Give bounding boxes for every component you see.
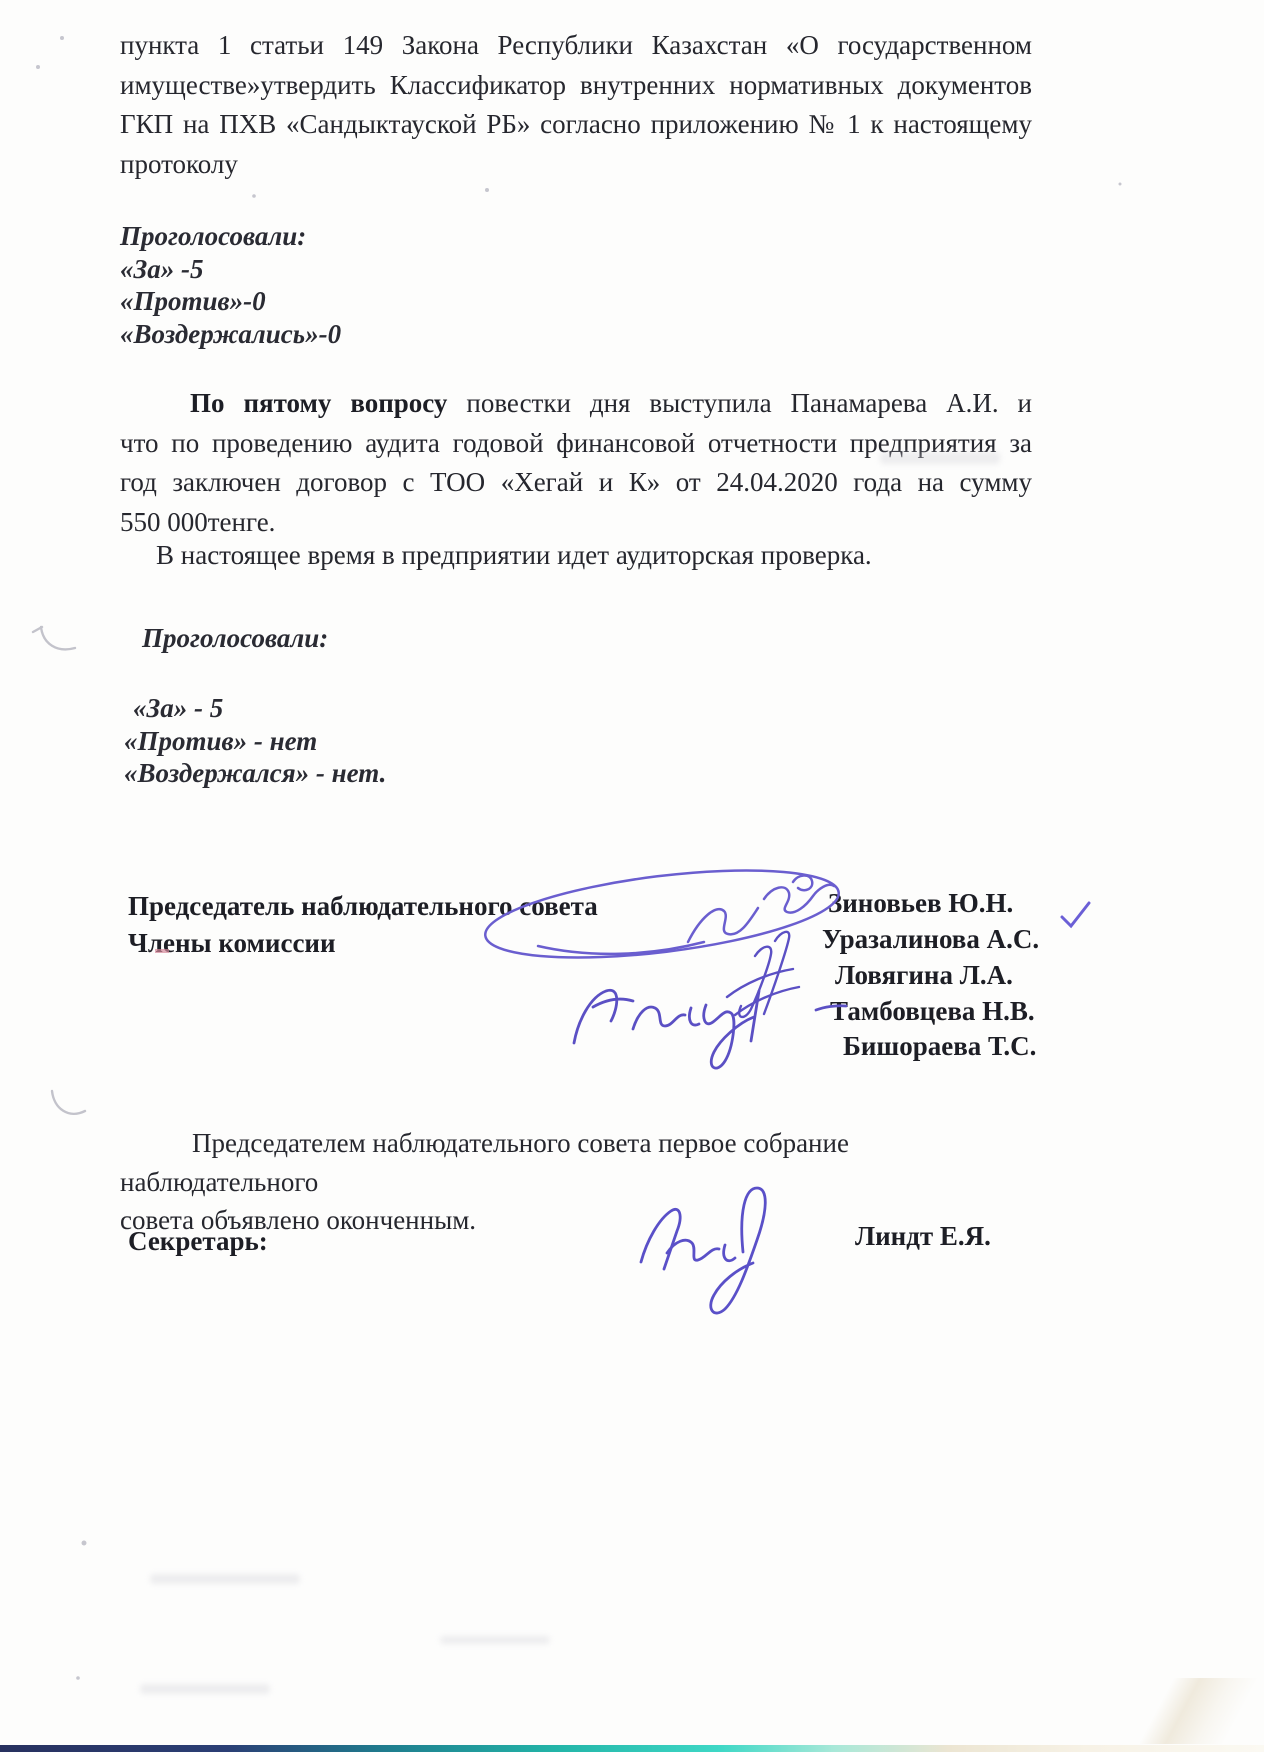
pencil-curve-marks (33, 627, 85, 1114)
secretary-label: Секретарь: (128, 1226, 268, 1257)
text-line: Председателем наблюдательного совета пер… (120, 1124, 1045, 1201)
chairman-title: Председатель наблюдательного совета (128, 891, 598, 922)
vote-block-1: Проголосовали: «За» -5 «Против»-0 «Возде… (120, 220, 341, 350)
vote-line-for: «За» -5 (120, 253, 341, 286)
text-line: имуществе»утвердить Классификатор внутре… (120, 66, 1032, 106)
members-title: Члены комиссии (128, 928, 336, 959)
vote-block-2-lines: «За» - 5 «Против» - нет «Воздержался» - … (124, 692, 386, 790)
tambovtseva-signature (574, 990, 846, 1068)
vote-line-abstained: «Воздержались»-0 (120, 318, 341, 351)
vote-title: Проголосовали: (120, 220, 341, 253)
text-line: протоколу (120, 145, 1032, 185)
scan-smudge (880, 452, 1000, 464)
paragraph-resolution: пункта 1 статьи 149 Закона Республики Ка… (120, 26, 1032, 184)
name-lovyagina: Ловягина Л.А. (835, 960, 1013, 991)
checkmark-urazalinova (1062, 903, 1089, 926)
vote-line-against: «Против»-0 (120, 285, 341, 318)
paragraph-audit-note: В настоящее время в предприятии идет ауд… (156, 540, 872, 571)
scanned-document-page: пункта 1 статьи 149 Закона Республики Ка… (0, 0, 1264, 1752)
scan-smudge (150, 1574, 300, 1584)
scan-smudge (440, 1636, 550, 1644)
name-lindt: Линдт Е.Я. (855, 1221, 991, 1252)
lovyagina-signature (727, 932, 799, 1017)
text-line: пункта 1 статьи 149 Закона Республики Ка… (120, 26, 1032, 66)
vote-line-for: «За» - 5 (124, 692, 386, 725)
vote-block-2-title: Проголосовали: (142, 622, 328, 655)
text-line: ГКП на ПХВ «Сандыктауской РБ» согласно п… (120, 105, 1032, 145)
name-bishoraeva: Бишораева Т.С. (843, 1031, 1036, 1062)
vote-title: Проголосовали: (142, 622, 328, 655)
bold-lead: По пятому вопросу (190, 388, 447, 418)
paper-crease (1075, 1678, 1264, 1744)
vote-line-against: «Против» - нет (124, 725, 386, 758)
vote-line-abstained: «Воздержался» - нет. (124, 757, 386, 790)
text-line: 550 000тенге. (120, 503, 1032, 543)
name-zinoviev: Зиновьев Ю.Н. (828, 888, 1013, 919)
name-tambovtseva: Тамбовцева Н.В. (830, 996, 1035, 1027)
text-line: По пятому вопросу повестки дня выступила… (120, 384, 1032, 424)
text-line: год заключен договор с ТОО «Хегай и К» о… (120, 463, 1032, 503)
scanner-edge-strip (0, 1745, 1264, 1752)
scan-smudge (140, 1684, 270, 1694)
name-urazalinova: Уразалинова А.С. (822, 924, 1039, 955)
